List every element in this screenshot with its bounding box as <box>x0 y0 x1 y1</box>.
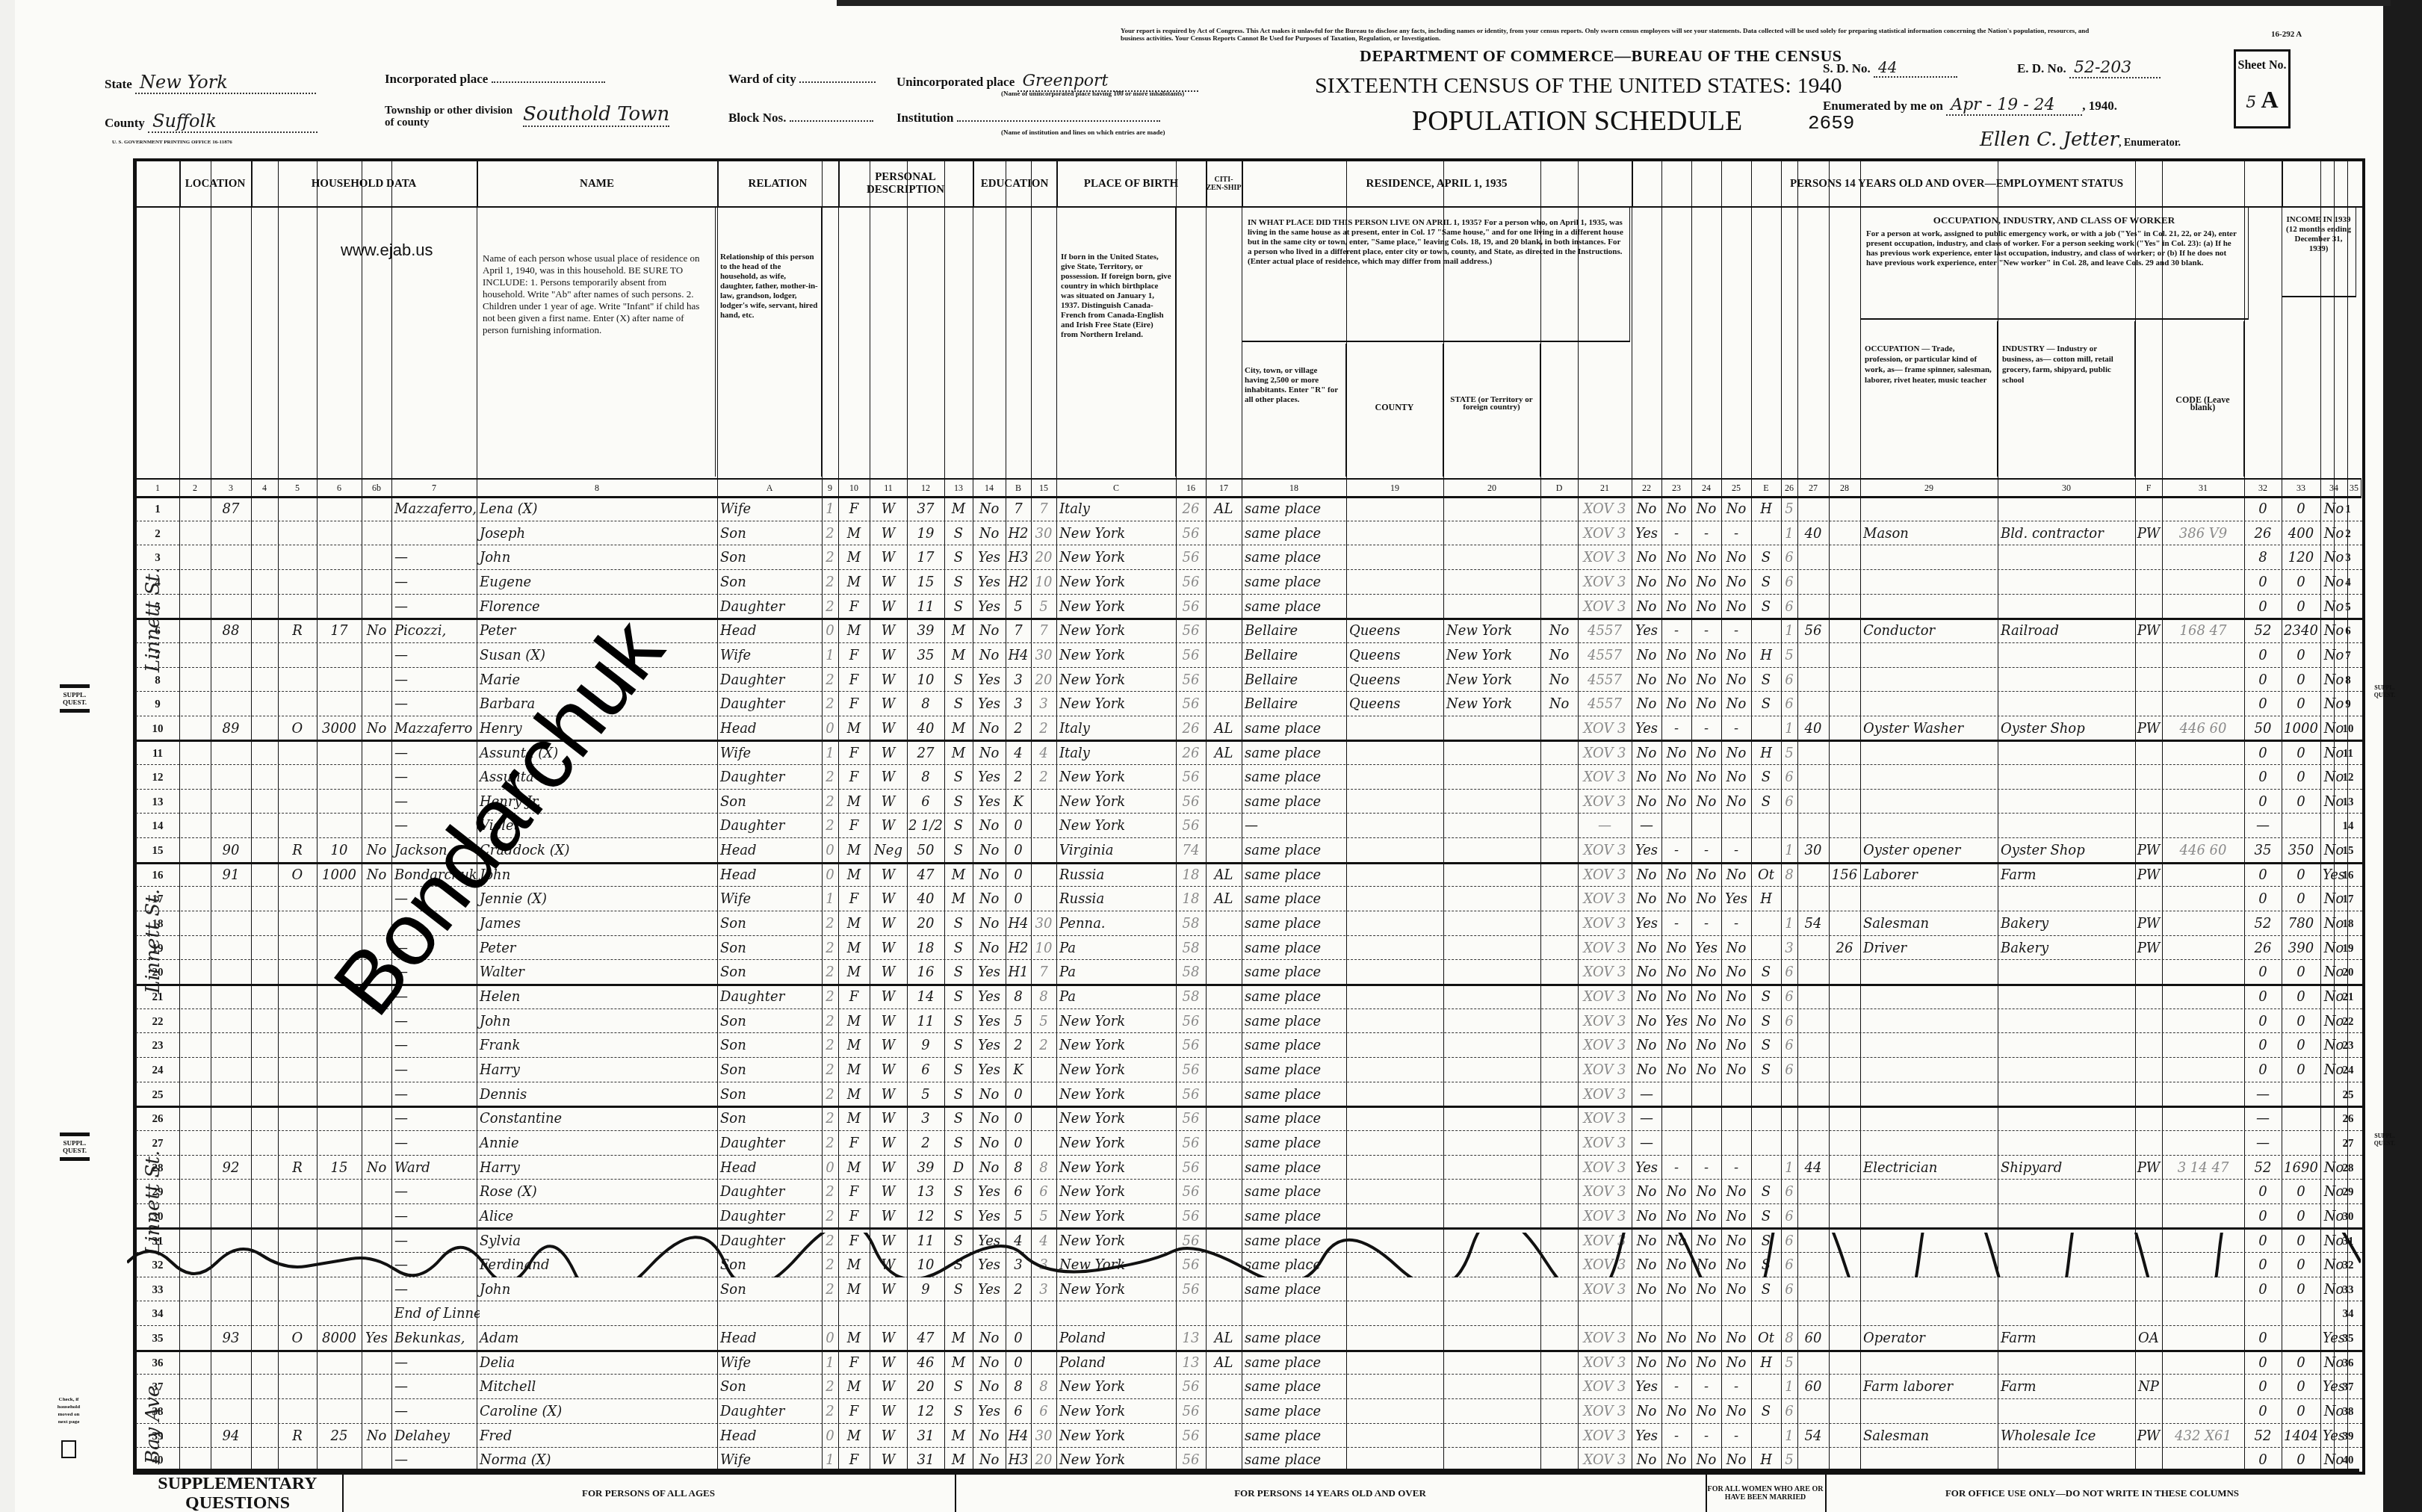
cell-c24: No <box>1721 984 1751 1008</box>
cell-value <box>317 1350 362 1375</box>
cell-c24: No <box>1721 935 1751 960</box>
column-number: 17 <box>1206 478 1242 498</box>
group-education: EDUCATION <box>973 161 1058 208</box>
cell-value <box>317 1057 362 1082</box>
cell-c25: S <box>1751 667 1781 692</box>
ward-field: Ward of city <box>728 72 876 87</box>
cell-ind: Farm <box>1998 1374 2138 1398</box>
cell-rel: Wife <box>717 496 825 521</box>
cell-res20: No <box>1540 691 1578 716</box>
cell-mar: S <box>944 1106 973 1130</box>
cell-res17: same place <box>1242 1032 1349 1057</box>
end-of-street-wavy-line <box>127 1233 2361 1277</box>
column-number: 11 <box>870 478 908 498</box>
cell-codeB: 2 <box>1031 764 1056 789</box>
cell-ind: Bld. contractor <box>1998 521 2138 545</box>
cell-c21: No <box>1632 935 1661 960</box>
cell-c22: No <box>1661 984 1691 1008</box>
cell-farm <box>362 740 391 765</box>
cell-codeB: 2 <box>1031 716 1056 740</box>
cell-codeF <box>2162 1032 2244 1057</box>
column-number: D <box>1540 478 1579 498</box>
cell-res20 <box>1540 545 1578 569</box>
unincorporated-label: Unincorporated place <box>896 75 1015 89</box>
cell-hrs: 56 <box>1797 618 1829 642</box>
cell-res17: same place <box>1242 837 1349 862</box>
cell-codeE: 6 <box>1781 1398 1797 1423</box>
cell-codeB: 5 <box>1031 1203 1056 1228</box>
cell-codeD: XOV 3 <box>1578 1032 1632 1057</box>
cell-given: Annie <box>477 1130 720 1155</box>
cell-grade: H2 <box>1006 569 1031 594</box>
cell-res18 <box>1346 1106 1446 1130</box>
cell-cit: AL <box>1206 862 1242 887</box>
cell-codeB: 10 <box>1031 935 1056 960</box>
cell-grade: 2 <box>1006 764 1031 789</box>
cell-codeB <box>1031 1301 1056 1325</box>
cell-c21: — <box>1632 1130 1661 1155</box>
incorporated-place-value <box>492 81 605 83</box>
cell-race: W <box>870 618 907 642</box>
cell-c22: No <box>1661 569 1691 594</box>
cell-birth: New York <box>1056 1277 1179 1301</box>
cell-age: 31 <box>907 1423 944 1448</box>
cell-c21: — <box>1632 813 1661 837</box>
cell-codeD: XOV 3 <box>1578 837 1632 862</box>
cell-age: 17 <box>907 545 944 569</box>
cell-line: 21 <box>2334 984 2362 1008</box>
cell-mar: M <box>944 496 973 521</box>
cell-cls <box>2135 789 2162 814</box>
cell-res17: same place <box>1242 911 1349 935</box>
cell-c25 <box>1751 813 1781 837</box>
cell-codeA: 2 <box>822 1130 838 1155</box>
cell-res17: same place <box>1242 1179 1349 1203</box>
cell-ind <box>1998 1008 2138 1033</box>
cell-c23: - <box>1691 1423 1721 1448</box>
cell-own <box>278 1008 317 1033</box>
cell-cls <box>2135 496 2162 521</box>
cell-house <box>211 1277 251 1301</box>
cell-codeB: 5 <box>1031 594 1056 619</box>
cell-house: 87 <box>211 496 251 521</box>
cell-rel: Head <box>717 618 825 642</box>
cell-res20 <box>1540 911 1578 935</box>
cell-c25 <box>1751 837 1781 862</box>
cell-res20 <box>1540 886 1578 911</box>
cell-codeD: XOV 3 <box>1578 1374 1632 1398</box>
cell-res18 <box>1346 1374 1446 1398</box>
cell-house <box>211 667 251 692</box>
cell-res19 <box>1443 716 1543 740</box>
cell-race: W <box>870 984 907 1008</box>
cell-c25: H <box>1751 740 1781 765</box>
cell-own <box>278 813 317 837</box>
cell-surname: — <box>391 1374 480 1398</box>
cell-hrs: 54 <box>1797 911 1829 935</box>
cell-c22: No <box>1661 691 1691 716</box>
cell-occ: Salesman <box>1860 1423 2001 1448</box>
cell-grade: H2 <box>1006 935 1031 960</box>
cell-cit <box>1206 691 1242 716</box>
cell-birth: New York <box>1056 521 1179 545</box>
cell-occ <box>1860 1350 2001 1375</box>
cell-dur <box>1829 1350 1860 1375</box>
cell-c21: No <box>1632 1008 1661 1033</box>
cell-dur <box>1829 1008 1860 1033</box>
column-number: 23 <box>1661 478 1692 498</box>
cell-codeE: 6 <box>1781 1057 1797 1082</box>
cell-age: 37 <box>907 496 944 521</box>
cell-value <box>317 1106 362 1130</box>
cell-codeF: 446 60 <box>2162 716 2244 740</box>
block-label: Block Nos. <box>728 111 786 125</box>
cell-codeC: 13 <box>1176 1350 1206 1375</box>
cell-res18 <box>1346 959 1446 984</box>
cell-occ <box>1860 764 2001 789</box>
enumerator-label: , Enumerator. <box>2119 137 2181 149</box>
cell-farm <box>362 1106 391 1130</box>
cell-line: 30 <box>2334 1203 2362 1228</box>
cell-hrs <box>1797 1203 1829 1228</box>
table-row: 37—MitchellSon2MW20SNo88New York56same p… <box>136 1374 2362 1399</box>
cell-dur <box>1829 1179 1860 1203</box>
cell-c22: No <box>1661 1057 1691 1082</box>
cell-cls <box>2135 813 2162 837</box>
cell-c23 <box>1691 1106 1721 1130</box>
cell-res17: same place <box>1242 886 1349 911</box>
cell-wage: 0 <box>2282 1179 2320 1203</box>
cell-cit <box>1206 642 1242 667</box>
cell-res19 <box>1443 545 1543 569</box>
group-name: NAME <box>477 161 719 208</box>
table-row: 38—Caroline (X)Daughter2FW12SYes66New Yo… <box>136 1398 2362 1424</box>
cell-rel: Daughter <box>717 1398 825 1423</box>
cell-farm: No <box>362 1155 391 1180</box>
cell-given: Peter <box>477 935 720 960</box>
cell-house <box>211 1082 251 1106</box>
cell-sch: No <box>973 1374 1006 1398</box>
cell-res18 <box>1346 1008 1446 1033</box>
cell-hrs <box>1797 1398 1829 1423</box>
cell-cls <box>2135 1130 2162 1155</box>
cell-ind <box>1998 1032 2138 1057</box>
cell-codeC: 56 <box>1176 594 1206 619</box>
cell-age: 8 <box>907 764 944 789</box>
cell-dur <box>1829 1277 1860 1301</box>
cell-house <box>211 1057 251 1082</box>
cell-sch: No <box>973 1130 1006 1155</box>
cell-res18 <box>1346 1155 1446 1180</box>
cell-rel: Son <box>717 1057 825 1082</box>
cell-wage: 0 <box>2282 1057 2320 1082</box>
sheet-letter: A <box>2261 86 2279 113</box>
cell-hrs <box>1797 545 1829 569</box>
cell-res19 <box>1443 1350 1543 1375</box>
cell-hrs: 40 <box>1797 716 1829 740</box>
cell-grade: 2 <box>1006 716 1031 740</box>
cell-res19 <box>1443 1008 1543 1033</box>
cell-codeA: 2 <box>822 1057 838 1082</box>
column-number: 21 <box>1578 478 1632 498</box>
cell-c24 <box>1721 1130 1751 1155</box>
cell-value <box>317 691 362 716</box>
cell-age: 16 <box>907 959 944 984</box>
table-row: 34End of Linnett St.34 <box>136 1301 2362 1326</box>
cell-wage: 0 <box>2282 1008 2320 1033</box>
cell-rel: Daughter <box>717 764 825 789</box>
cell-codeE <box>1781 1130 1797 1155</box>
cell-cls: PW <box>2135 716 2162 740</box>
cell-own <box>278 1398 317 1423</box>
cell-cit <box>1206 1203 1242 1228</box>
cell-codeE: 6 <box>1781 1277 1797 1301</box>
cell-codeB <box>1031 1057 1056 1082</box>
cell-c22: No <box>1661 740 1691 765</box>
cell-res20 <box>1540 1277 1578 1301</box>
cell-given: Fred <box>477 1423 720 1448</box>
cell-sex: F <box>838 1179 870 1203</box>
cell-c25: H <box>1751 1350 1781 1375</box>
cell-sch <box>973 1301 1006 1325</box>
cell-c22 <box>1661 1301 1691 1325</box>
cell-cls <box>2135 1398 2162 1423</box>
cell-codeD: XOV 3 <box>1578 764 1632 789</box>
block-value <box>790 120 873 122</box>
cell-occ: Oyster Washer <box>1860 716 2001 740</box>
cell-codeB <box>1031 837 1056 862</box>
cell-res17: Bellaire <box>1242 618 1349 642</box>
cell-wks: 0 <box>2244 1374 2282 1398</box>
cell-age: 5 <box>907 1082 944 1106</box>
group-personal: PERSONAL DESCRIPTION <box>838 161 974 208</box>
cell-c22: - <box>1661 521 1691 545</box>
cell-given <box>477 1301 720 1325</box>
cell-grade: 0 <box>1006 1106 1031 1130</box>
group-farm <box>2282 161 2362 208</box>
cell-value <box>317 1301 362 1325</box>
column-number: 26 <box>1781 478 1798 498</box>
cell-codeD: XOV 3 <box>1578 1008 1632 1033</box>
cell-codeF <box>2162 1398 2244 1423</box>
cell-grade: 8 <box>1006 984 1031 1008</box>
cell-res17: same place <box>1242 1423 1349 1448</box>
cell-mar: M <box>944 642 973 667</box>
cell-mar: S <box>944 1277 973 1301</box>
cell-res18: Queens <box>1346 691 1446 716</box>
cell-codeE <box>1781 1106 1797 1130</box>
cell-own <box>278 740 317 765</box>
cell-c24: No <box>1721 1057 1751 1082</box>
enumerated-field: Enumerated by me on Apr - 19 - 24, 1940. <box>1823 96 2117 116</box>
township-value: Southold Town <box>523 103 669 127</box>
cell-cls: PW <box>2135 935 2162 960</box>
cell-wks: 0 <box>2244 691 2282 716</box>
cell-age: 9 <box>907 1277 944 1301</box>
cell-c22: - <box>1661 837 1691 862</box>
cell-occ <box>1860 1277 2001 1301</box>
cell-own <box>278 545 317 569</box>
cell-res19: New York <box>1443 691 1543 716</box>
cell-c21: No <box>1632 789 1661 814</box>
cell-codeF <box>2162 813 2244 837</box>
cell-line: 3 <box>136 545 179 569</box>
cell-line: 23 <box>136 1032 179 1057</box>
cell-race <box>870 1301 907 1325</box>
cell-res19 <box>1443 935 1543 960</box>
cell-hrs <box>1797 569 1829 594</box>
cell-sex: F <box>838 764 870 789</box>
cell-codeC: 58 <box>1176 935 1206 960</box>
cell-c25 <box>1751 716 1781 740</box>
cell-wks: 35 <box>2244 837 2282 862</box>
cell-line: 37 <box>2334 1374 2362 1398</box>
cell-grade: 6 <box>1006 1398 1031 1423</box>
cell-c22: Yes <box>1661 1008 1691 1033</box>
cell-res20 <box>1540 1374 1578 1398</box>
cell-res19 <box>1443 1130 1543 1155</box>
form-number: 16-292 A <box>2271 30 2302 39</box>
cell-res17: same place <box>1242 545 1349 569</box>
cell-c24: - <box>1721 837 1751 862</box>
cell-res17: same place <box>1242 935 1349 960</box>
cell-codeF <box>2162 1130 2244 1155</box>
cell-sex: M <box>838 911 870 935</box>
unincorporated-value: Greenport <box>1018 72 1198 92</box>
cell-age: 12 <box>907 1203 944 1228</box>
cell-c25 <box>1751 521 1781 545</box>
household-moved-checkbox[interactable] <box>61 1440 76 1458</box>
cell-occ <box>1860 959 2001 984</box>
cell-value <box>317 789 362 814</box>
cell-age: 9 <box>907 1032 944 1057</box>
cell-house <box>211 959 251 984</box>
cell-c22: No <box>1661 1350 1691 1375</box>
cell-cit <box>1206 959 1242 984</box>
cell-race: Neg <box>870 837 907 862</box>
cell-race: W <box>870 886 907 911</box>
cell-line: 7 <box>2334 642 2362 667</box>
cell-codeB <box>1031 1082 1056 1106</box>
cell-ind: Oyster Shop <box>1998 716 2138 740</box>
cell-line: 26 <box>2334 1106 2362 1130</box>
cell-line: 14 <box>136 813 179 837</box>
cell-mar: S <box>944 935 973 960</box>
cell-res18 <box>1346 1130 1446 1155</box>
cell-codeF: 168 47 <box>2162 618 2244 642</box>
cell-res19 <box>1443 496 1543 521</box>
cell-line: 33 <box>136 1277 179 1301</box>
supp-office: FOR OFFICE USE ONLY—DO NOT WRITE IN THES… <box>1825 1472 2359 1512</box>
cell-codeE: 6 <box>1781 569 1797 594</box>
supplementary-marker-14: SUPPL. QUEST. <box>60 684 90 713</box>
cell-codeA: 2 <box>822 1179 838 1203</box>
cell-codeF <box>2162 911 2244 935</box>
cell-wage: 0 <box>2282 862 2320 887</box>
cell-line: 9 <box>136 691 179 716</box>
cell-rel: Son <box>717 1008 825 1033</box>
cell-age: 14 <box>907 984 944 1008</box>
cell-dur <box>1829 1374 1860 1398</box>
cell-res20 <box>1540 740 1578 765</box>
cell-farm <box>362 667 391 692</box>
cell-surname: — <box>391 1179 480 1203</box>
cell-c22: No <box>1661 1277 1691 1301</box>
cell-rel: Daughter <box>717 1203 825 1228</box>
cell-house <box>211 1203 251 1228</box>
cell-house <box>211 1350 251 1375</box>
cell-res20 <box>1540 521 1578 545</box>
cell-codeB: 30 <box>1031 1423 1056 1448</box>
cell-dur <box>1829 1423 1860 1448</box>
cell-res17: same place <box>1242 1008 1349 1033</box>
cell-c24: - <box>1721 1374 1751 1398</box>
cell-sch: No <box>973 935 1006 960</box>
cell-grade: 0 <box>1006 862 1031 887</box>
cell-value: 17 <box>317 618 362 642</box>
cell-occ <box>1860 1301 2001 1325</box>
cell-wage: 350 <box>2282 837 2320 862</box>
cell-codeC: 56 <box>1176 1374 1206 1398</box>
cell-res18 <box>1346 862 1446 887</box>
cell-codeC: 56 <box>1176 691 1206 716</box>
cell-res17: same place <box>1242 1082 1349 1106</box>
cell-res18 <box>1346 1032 1446 1057</box>
cell-c22: No <box>1661 1325 1691 1350</box>
cell-codeD: — <box>1578 813 1632 837</box>
cell-wage: 1000 <box>2282 716 2320 740</box>
cell-race: W <box>870 1106 907 1130</box>
cell-house <box>211 764 251 789</box>
cell-codeF <box>2162 1203 2244 1228</box>
cell-codeC: 56 <box>1176 789 1206 814</box>
cell-own <box>278 789 317 814</box>
cell-surname: — <box>391 1398 480 1423</box>
cell-sch: No <box>973 618 1006 642</box>
cell-occ <box>1860 813 2001 837</box>
cell-dur <box>1829 1106 1860 1130</box>
cell-res18 <box>1346 1301 1446 1325</box>
cell-age: 40 <box>907 716 944 740</box>
cell-res20 <box>1540 1203 1578 1228</box>
cell-line: 16 <box>2334 862 2362 887</box>
cell-codeA: 2 <box>822 813 838 837</box>
cell-codeA: 1 <box>822 740 838 765</box>
cell-hrs: 30 <box>1797 837 1829 862</box>
cell-res18 <box>1346 521 1446 545</box>
cell-cit <box>1206 911 1242 935</box>
cell-res20 <box>1540 1130 1578 1155</box>
cell-surname: End of Linnett St. <box>391 1301 480 1325</box>
cell-mar: S <box>944 837 973 862</box>
cell-house: 90 <box>211 837 251 862</box>
cell-farm <box>362 1179 391 1203</box>
cell-codeE: 6 <box>1781 984 1797 1008</box>
cell-res20 <box>1540 959 1578 984</box>
cell-age: 39 <box>907 1155 944 1180</box>
cell-codeB: 4 <box>1031 740 1056 765</box>
cell-res19 <box>1443 1301 1543 1325</box>
cell-codeA: 0 <box>822 1155 838 1180</box>
cell-value <box>317 764 362 789</box>
cell-c25 <box>1751 1130 1781 1155</box>
cell-own <box>278 1203 317 1228</box>
cell-codeA: 2 <box>822 959 838 984</box>
cell-race: W <box>870 1423 907 1448</box>
cell-race: W <box>870 569 907 594</box>
ed-value: 52-203 <box>2069 58 2161 78</box>
cell-c21: No <box>1632 1203 1661 1228</box>
